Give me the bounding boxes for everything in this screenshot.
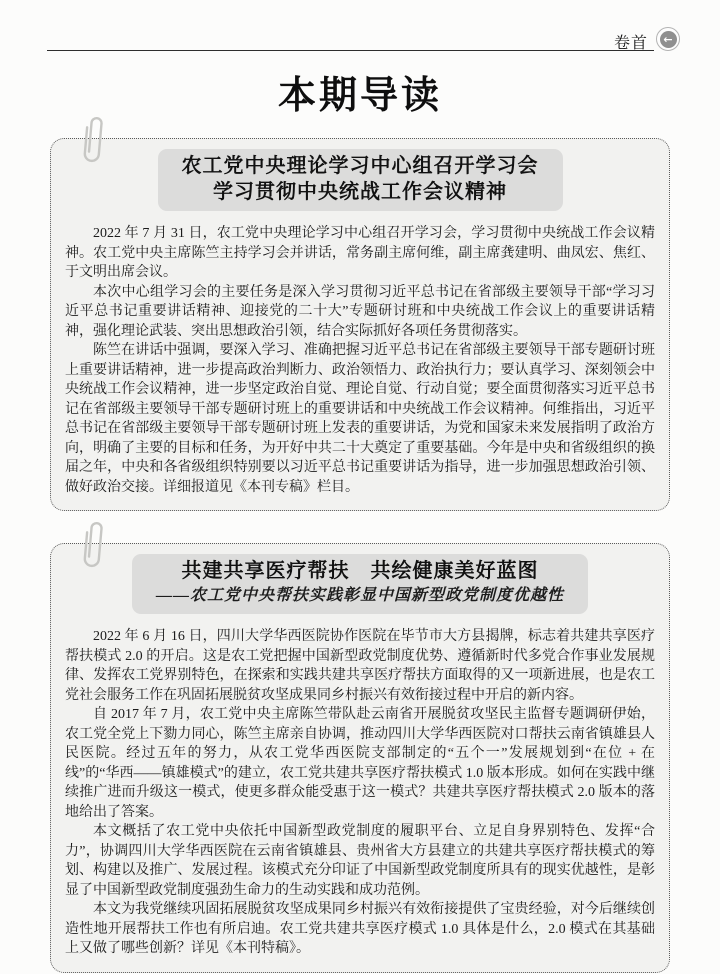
magazine-page: 卷首 ← 本期导读 农工党中央理论学习中心组召开学习会 学习贯彻中央统战工作会议…	[0, 0, 720, 974]
article-box-medical-assistance: 共建共享医疗帮扶 共绘健康美好蓝图 ——农工党中央帮扶实践彰显中国新型政党制度优…	[50, 543, 670, 973]
article-box-study-session: 农工党中央理论学习中心组召开学习会 学习贯彻中央统战工作会议精神 2022 年 …	[50, 138, 670, 511]
article-paragraph: 2022 年 6 月 16 日，四川大学华西医院协作医院在毕节市大方县揭牌，标志…	[65, 627, 655, 705]
article-body: 2022 年 7 月 31 日，农工党中央理论学习中心组召开学习会，学习贯彻中央…	[65, 224, 655, 497]
article-paragraph: 2022 年 7 月 31 日，农工党中央理论学习中心组召开学习会，学习贯彻中央…	[65, 224, 655, 283]
article-paragraph: 本文为我党继续巩固拓展脱贫攻坚成果同乡村振兴有效衔接提供了宝贵经验，对今后继续创…	[65, 900, 655, 959]
header-rule	[47, 50, 654, 51]
page-header: 卷首 ←	[0, 0, 720, 56]
article-title: 共建共享医疗帮扶 共绘健康美好蓝图 ——农工党中央帮扶实践彰显中国新型政党制度优…	[132, 554, 588, 614]
page-title: 本期导读	[0, 72, 720, 120]
article-subtitle: ——农工党中央帮扶实践彰显中国新型政党制度优越性	[156, 584, 564, 608]
section-label: 卷首	[614, 30, 648, 53]
article-paragraph: 本次中心组学习会的主要任务是深入学习贯彻习近平总书记在省部级主要领导干部“学习习…	[65, 283, 655, 342]
back-arrow-icon[interactable]: ←	[656, 27, 680, 51]
article-paragraph: 陈竺在讲话中强调，要深入学习、准确把握习近平总书记在省部级主要领导干部专题研讨班…	[65, 341, 655, 497]
back-arrow-glyph: ←	[660, 31, 677, 48]
article-title-line: 共建共享医疗帮扶 共绘健康美好蓝图	[156, 558, 564, 584]
article-paragraph: 本文概括了农工党中央依托中国新型政党制度的履职平台、立足自身界别特色、发挥“合力…	[65, 822, 655, 900]
article-title-line: 农工党中央理论学习中心组召开学习会	[182, 153, 539, 179]
article-body: 2022 年 6 月 16 日，四川大学华西医院协作医院在毕节市大方县揭牌，标志…	[65, 627, 655, 959]
article-paragraph: 自 2017 年 7 月，农工党中央主席陈竺带队赴云南省开展脱贫攻坚民主监督专题…	[65, 705, 655, 822]
article-title: 农工党中央理论学习中心组召开学习会 学习贯彻中央统战工作会议精神	[158, 149, 563, 211]
paperclip-icon	[81, 111, 108, 170]
article-title-line: 学习贯彻中央统战工作会议精神	[182, 179, 539, 205]
paperclip-icon	[81, 516, 108, 575]
